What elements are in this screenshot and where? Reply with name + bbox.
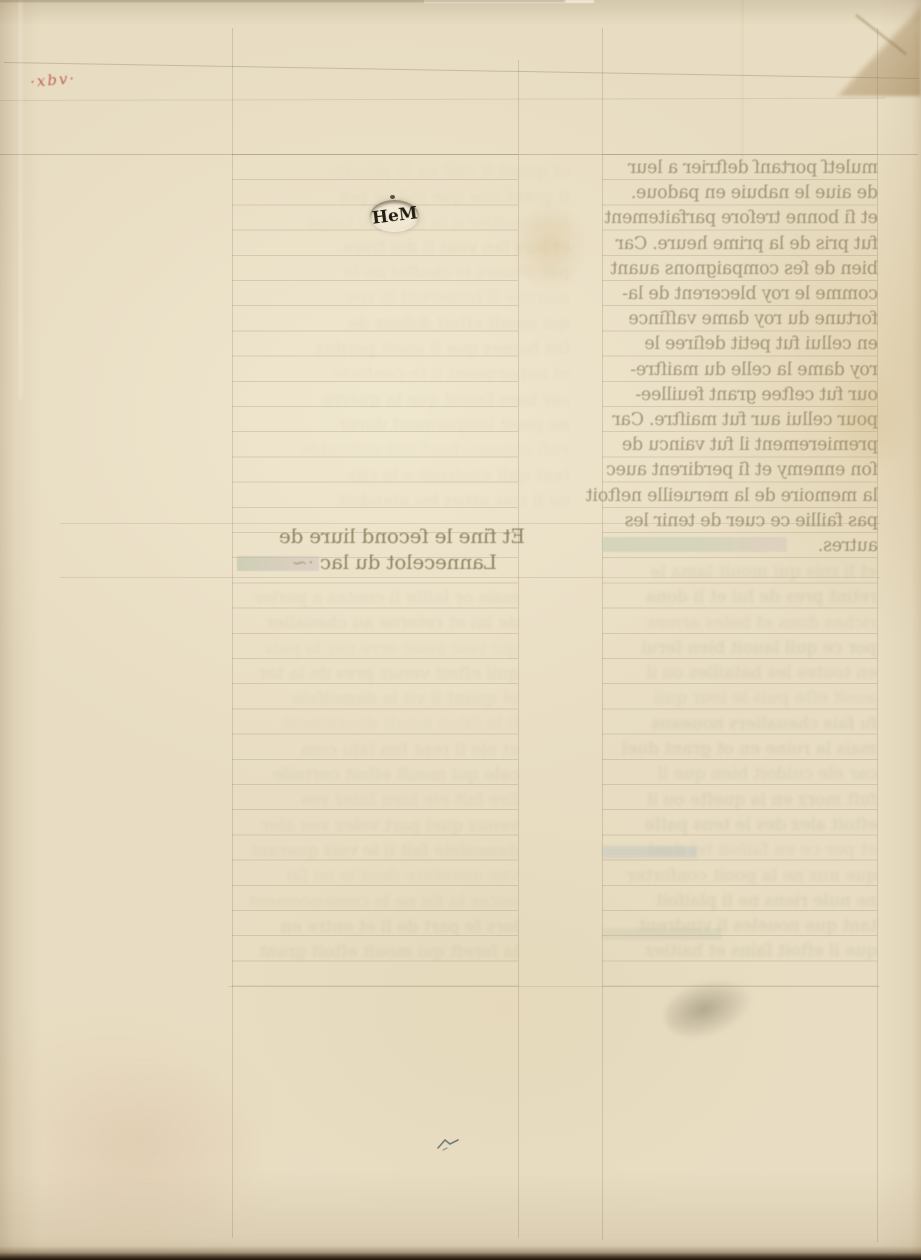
faint-line: auoit eſte puis le iour quil <box>601 686 877 711</box>
showthrough-faint-left-lower: mais or laiſſe li contes a parlerde lui … <box>237 586 519 965</box>
explicit-line: Et fine le ſecond liure de <box>235 524 525 550</box>
faint-line: la foreſt qui moult eſtoit grant <box>237 940 519 965</box>
rubric-bar-left <box>237 556 319 571</box>
page-edge-bottom <box>0 1246 921 1260</box>
faint-line: fuſt morz en la queſte ou il <box>601 788 877 813</box>
faint-line: mais la roine en ot grant duel <box>601 737 877 762</box>
ruled-line-through-2 <box>0 98 885 101</box>
corner-fold <box>828 0 921 96</box>
showthrough-line: muletſ portanſ deſtrier a leur <box>600 156 878 181</box>
ruled-line-through-1 <box>4 62 919 79</box>
rubric-bar-right <box>602 537 787 552</box>
showthrough-line: pas faillie ce cuer de tenir les <box>600 509 878 534</box>
faint-line: qui moult eſtoit dolenz de <box>240 312 570 337</box>
faint-line: que nus ne la pooit conforter <box>601 864 877 889</box>
faint-line: cele qui moult eſtoit cortoiſe <box>237 763 519 788</box>
showthrough-line: fut pris de la prime heure. Car <box>600 232 878 257</box>
showthrough-faint-right-lower: et li rois qui moult lama leretint pres … <box>601 560 877 965</box>
showthrough-line: bien de ſes compaignons auant <box>600 257 878 282</box>
faint-line: ne pooit longuement durer <box>240 413 570 438</box>
faint-line: ſire fait ele bien ſoiez vos <box>237 788 519 813</box>
stain-warm-2 <box>828 375 908 470</box>
faint-line: et neporquant il ſe conforte <box>240 362 570 387</box>
showthrough-line: ſon ennemy et ſi perdirent auec <box>600 458 878 483</box>
faint-line: tant quil vindrent a la cite <box>240 464 570 489</box>
faint-line: et ele li rent ſon ſalu com <box>237 738 519 763</box>
vertical-ruling-col1-left <box>232 28 233 1238</box>
crease-vertical <box>742 0 743 160</box>
showthrough-faint-left-upper: et quant il vint en la praerieſi grant i… <box>240 160 570 514</box>
showthrough-line: de aiue le nabuie en padoue. <box>600 181 878 206</box>
showthrough-line: la memoire de la merueille neſtoit <box>600 484 878 509</box>
faint-line: ſi grant ioie que nul ne pot <box>240 185 570 210</box>
showthrough-line: et ſi bonne treſore parfaitement <box>600 206 878 231</box>
faint-line: et quant il vint en la praerie <box>240 160 570 185</box>
green-tint-band <box>602 928 722 940</box>
faint-line: marche ſi trouerent le roy <box>240 286 570 311</box>
blue-ink-mark <box>436 1135 462 1155</box>
faint-line: riches dons et beles armes <box>601 611 877 636</box>
faint-line: qui tant auoit erre par le pais <box>237 637 519 662</box>
faint-line: venuz quel part volez vos aler <box>237 814 519 839</box>
faint-line: ne nule riens ne li plaiſoit <box>601 889 877 914</box>
faint-line: damoiſele fait il ie vois querant <box>237 839 519 864</box>
showthrough-line: fortune du roy dame vaſſince <box>600 307 878 332</box>
showthrough-line: en cellui fut petit deſiree le <box>600 332 878 357</box>
folio-number: ·xbv· <box>29 67 100 91</box>
faint-line: ſi la ſalue moult doucement <box>237 712 519 737</box>
faint-line: por ce quil lauoit bien ſerui <box>601 636 877 661</box>
manuscript-page: ·xbv· HeM muletſ portanſ deſtrier a leur… <box>0 0 921 1260</box>
faint-line: ſes homes que il auoit perduz <box>240 337 570 362</box>
crease-left-edge <box>19 0 22 400</box>
showthrough-column-right-top: muletſ portanſ deſtrier a leurde aiue le… <box>600 156 878 559</box>
faint-line: de lui et retorne au cheualier <box>237 611 519 636</box>
faint-line: enſi cheuauchent tuit enſemble <box>240 438 570 463</box>
showthrough-line: roy dame la celle du maiſtre- <box>600 358 878 383</box>
faint-line: encor la fin ne le comencement <box>237 890 519 915</box>
faint-line: mais or laiſſe li contes a parler <box>237 586 519 611</box>
faint-line: que il eſtoit ſains et haitiez <box>601 939 877 964</box>
faint-line: fu fais cheualiers noueaus <box>601 712 877 737</box>
faint-line: en toutes les batailles ou il <box>601 661 877 686</box>
faint-line: car bien ſauoit que la guerre <box>240 388 570 413</box>
stain-warm-1 <box>512 200 587 290</box>
faint-line: retint pres de lui et li dona <box>601 585 877 610</box>
faint-line: car ele cuidoit bien que il <box>601 762 877 787</box>
showthrough-line: comme le roy blecerent de la- <box>600 282 878 307</box>
faint-line: lors ſe part de li et entre en <box>237 915 519 940</box>
stain-rosy-bottom <box>40 1060 260 1230</box>
faint-line: et li rois qui moult lama le <box>601 560 877 585</box>
faint-line: eſtoit alez des le tens paſſe <box>601 813 877 838</box>
blue-tint-band <box>602 846 697 858</box>
faint-line: quil eſtoit venuz pres de la tor <box>237 662 519 687</box>
page-edge-top <box>0 0 565 2</box>
faint-line: ou li rois artus les atendoit <box>240 489 570 514</box>
faint-line: et quant il vit la damoiſele <box>237 687 519 712</box>
faint-line: vne auenture dont ie ne ſai <box>237 864 519 889</box>
